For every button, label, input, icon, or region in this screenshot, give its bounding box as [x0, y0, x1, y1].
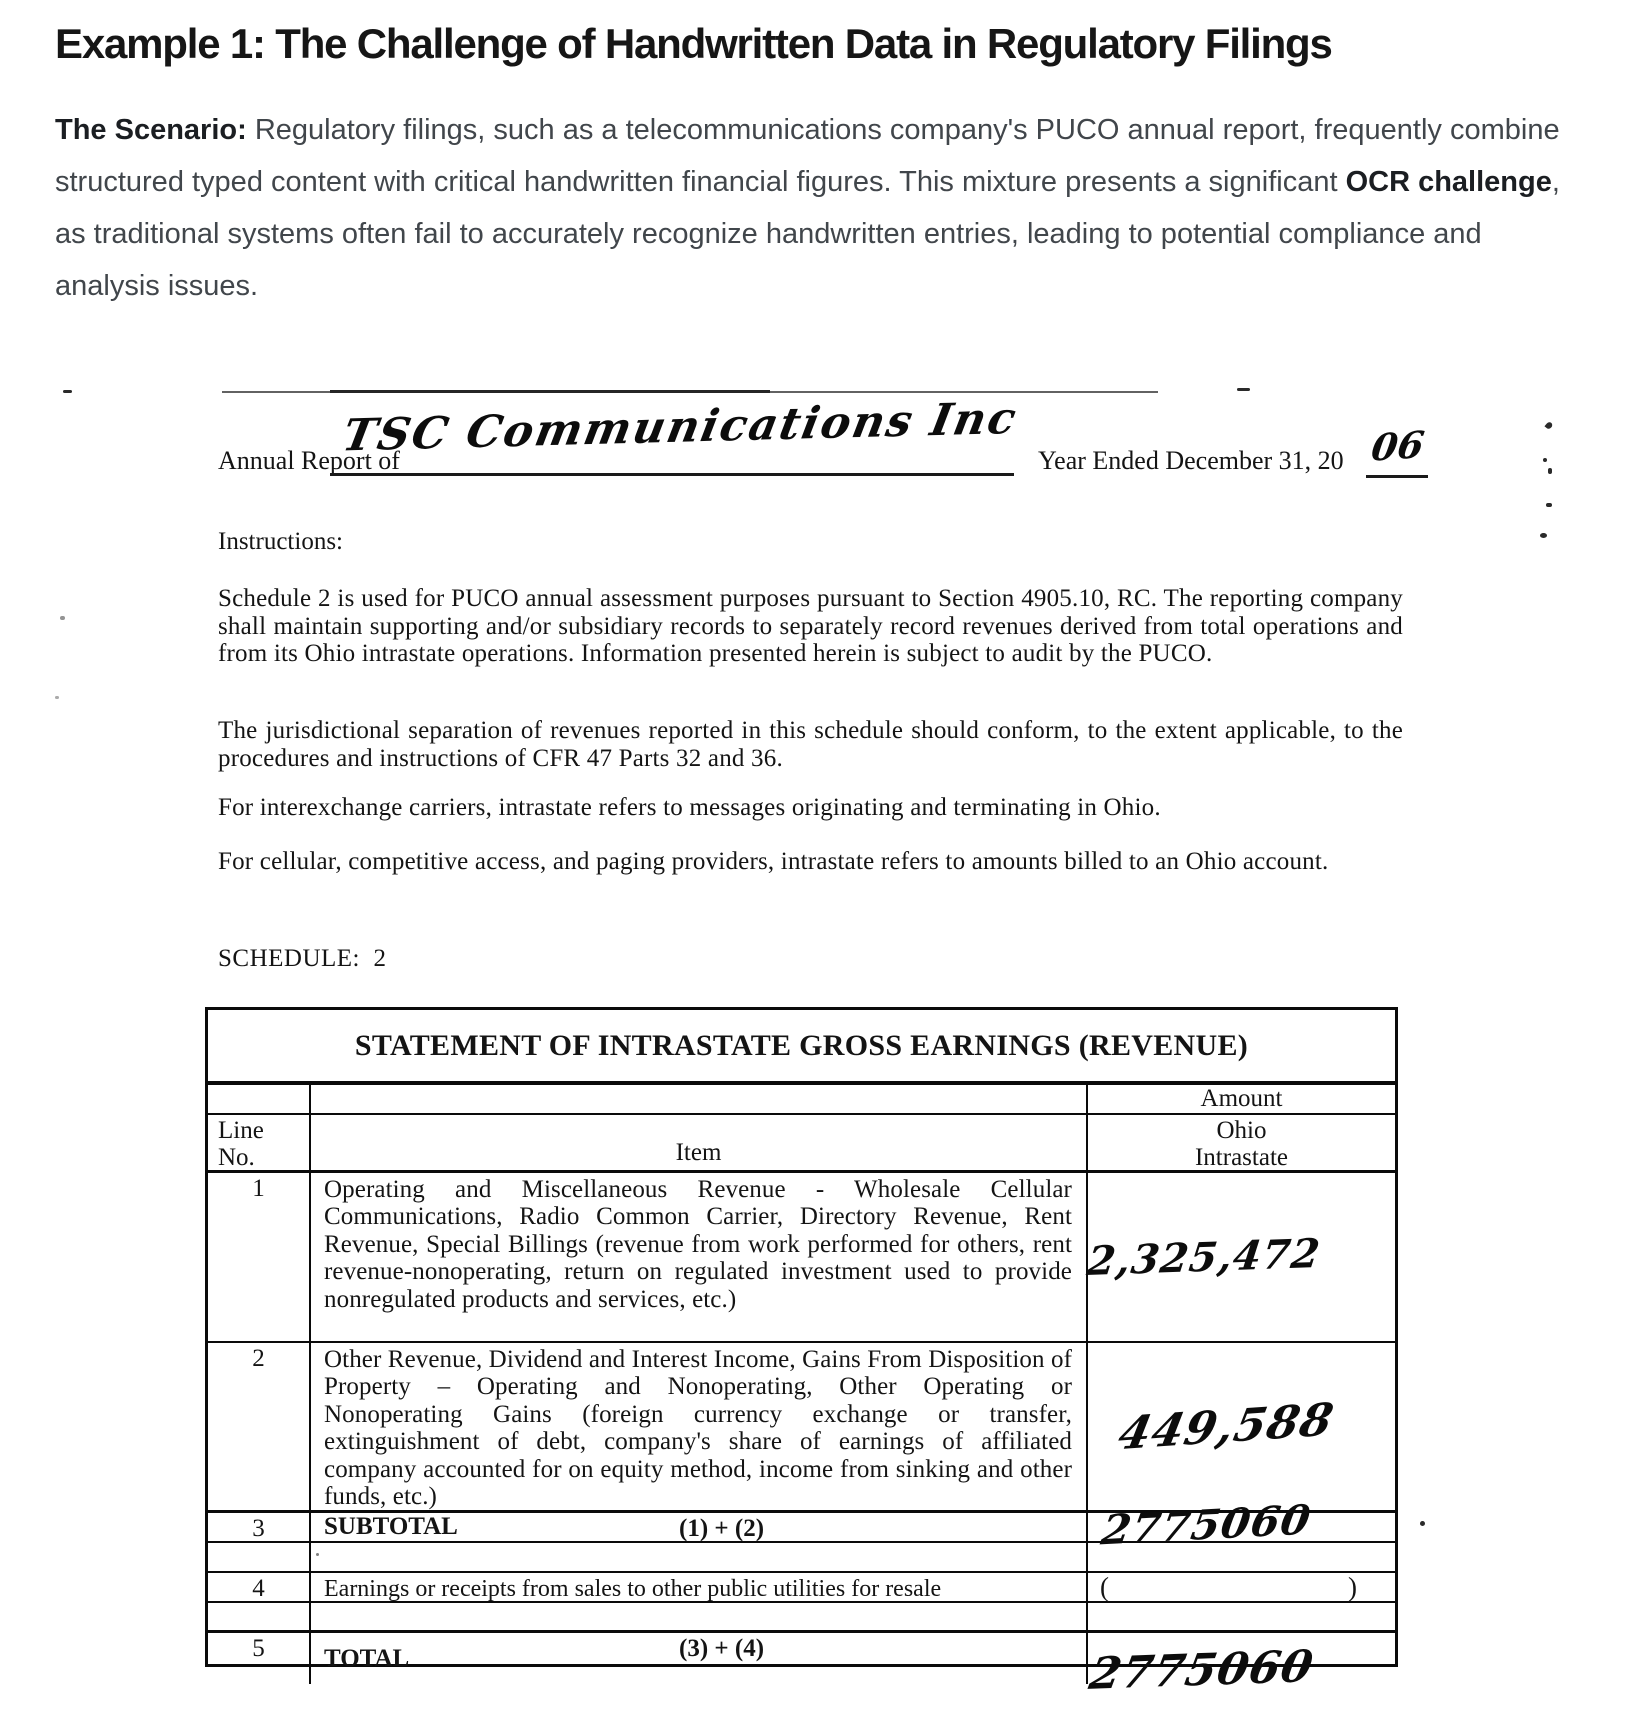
handwritten-amount: 2775060 — [1086, 1641, 1318, 1700]
line-number: 4 — [208, 1573, 311, 1601]
amount-cell: 2775060 — [1088, 1513, 1395, 1541]
table-row-4: 4 Earnings or receipts from sales to oth… — [208, 1573, 1395, 1603]
instruction-paragraph-3: For interexchange carriers, intrastate r… — [218, 794, 1403, 822]
empty-cell — [311, 1085, 1088, 1113]
amount-cell: 2775060 — [1088, 1633, 1395, 1684]
scan-speck — [1543, 458, 1547, 462]
company-name-handwritten: TSC Communications Inc — [339, 394, 1002, 462]
empty-cell — [208, 1085, 311, 1113]
scenario-label: The Scenario: — [55, 114, 247, 146]
article-header: Example 1: The Challenge of Handwritten … — [55, 20, 1589, 312]
scan-speck — [316, 1553, 319, 1556]
year-ended-label: Year Ended December 31, 20 — [1038, 446, 1344, 476]
table-title: STATEMENT OF INTRASTATE GROSS EARNINGS (… — [208, 1010, 1395, 1085]
handwritten-amount: 2,325,472 — [1085, 1229, 1324, 1284]
spacer-row — [208, 1543, 1395, 1573]
amount-cell: 2,325,472 — [1088, 1173, 1398, 1341]
table-row-1: 1 Operating and Miscellaneous Revenue - … — [208, 1173, 1395, 1343]
amount-header: Amount — [1088, 1085, 1395, 1113]
subtotal-label: SUBTOTAL — [324, 1513, 458, 1541]
year-blank-underline — [1366, 475, 1428, 478]
total-cell: TOTAL(3) + (4) — [311, 1633, 1088, 1684]
scenario-paragraph: The Scenario: Regulatory filings, such a… — [55, 104, 1589, 312]
ohio-intrastate-header: Ohio Intrastate — [1088, 1115, 1395, 1170]
instruction-paragraph-2: The jurisdictional separation of revenue… — [218, 717, 1403, 772]
table-row-2: 2 Other Revenue, Dividend and Interest I… — [208, 1343, 1395, 1513]
scan-speck — [1420, 1521, 1425, 1526]
instruction-paragraph-4: For cellular, competitive access, and pa… — [218, 848, 1403, 876]
line-number: 3 — [208, 1513, 311, 1541]
item-header: Item — [676, 1139, 722, 1167]
year-handwritten: 06 — [1369, 422, 1427, 469]
line-number: 2 — [208, 1343, 311, 1510]
item-description: Earnings or receipts from sales to other… — [311, 1573, 1088, 1601]
line-number: 1 — [208, 1173, 311, 1341]
amount-cell: 449,588 — [1088, 1343, 1395, 1510]
table-row-subtotal: 3 SUBTOTAL(1) + (2) 2775060 — [208, 1513, 1395, 1543]
empty-cell — [208, 1603, 311, 1630]
scan-speck — [1548, 468, 1552, 474]
scan-speck — [1540, 533, 1547, 538]
empty-cell — [208, 1543, 311, 1571]
paren-open: ( — [1100, 1572, 1109, 1603]
empty-cell — [1088, 1543, 1395, 1571]
schedule-label: SCHEDULE: 2 — [218, 945, 387, 973]
item-description: Operating and Miscellaneous Revenue - Wh… — [311, 1173, 1088, 1341]
scanned-document: Annual Report of TSC Communications Inc … — [0, 350, 1634, 1720]
subtotal-formula: (1) + (2) — [679, 1515, 764, 1543]
empty-cell — [311, 1603, 1088, 1630]
scan-speck — [63, 390, 72, 393]
line-no-header: Line No. — [208, 1115, 311, 1170]
column-header-row: Line No. Item Ohio Intrastate — [208, 1115, 1395, 1173]
scan-speck — [1544, 421, 1553, 430]
scan-artifact-line-dark — [330, 390, 770, 393]
amount-header-row: Amount — [208, 1085, 1395, 1115]
scenario-text-1: Regulatory filings, such as a telecommun… — [55, 114, 1560, 198]
scan-speck — [60, 616, 65, 620]
table-row-total: 5 TOTAL(3) + (4) 2775060 — [208, 1633, 1395, 1684]
total-formula: (3) + (4) — [679, 1635, 764, 1663]
scan-speck — [1546, 503, 1552, 507]
handwritten-amount: 449,588 — [1114, 1393, 1338, 1461]
paren-close: ) — [1348, 1572, 1357, 1603]
scan-speck — [55, 696, 59, 699]
item-description: Other Revenue, Dividend and Interest Inc… — [311, 1343, 1088, 1510]
empty-cell — [1088, 1603, 1395, 1630]
total-label: TOTAL — [324, 1645, 409, 1673]
item-header-cell: Item — [311, 1115, 1088, 1170]
company-blank-underline — [330, 473, 1014, 476]
amount-cell-parentheses: () — [1088, 1573, 1395, 1601]
spacer-row — [208, 1603, 1395, 1633]
instruction-paragraph-1: Schedule 2 is used for PUCO annual asses… — [218, 585, 1403, 668]
instructions-label: Instructions: — [218, 528, 343, 556]
empty-cell — [311, 1543, 1088, 1571]
scan-speck — [1237, 388, 1250, 391]
ocr-challenge-bold: OCR challenge — [1346, 166, 1552, 198]
page-title: Example 1: The Challenge of Handwritten … — [55, 20, 1589, 68]
subtotal-cell: SUBTOTAL(1) + (2) — [311, 1513, 1088, 1541]
line-number: 5 — [208, 1633, 311, 1684]
revenue-table: STATEMENT OF INTRASTATE GROSS EARNINGS (… — [205, 1007, 1398, 1667]
